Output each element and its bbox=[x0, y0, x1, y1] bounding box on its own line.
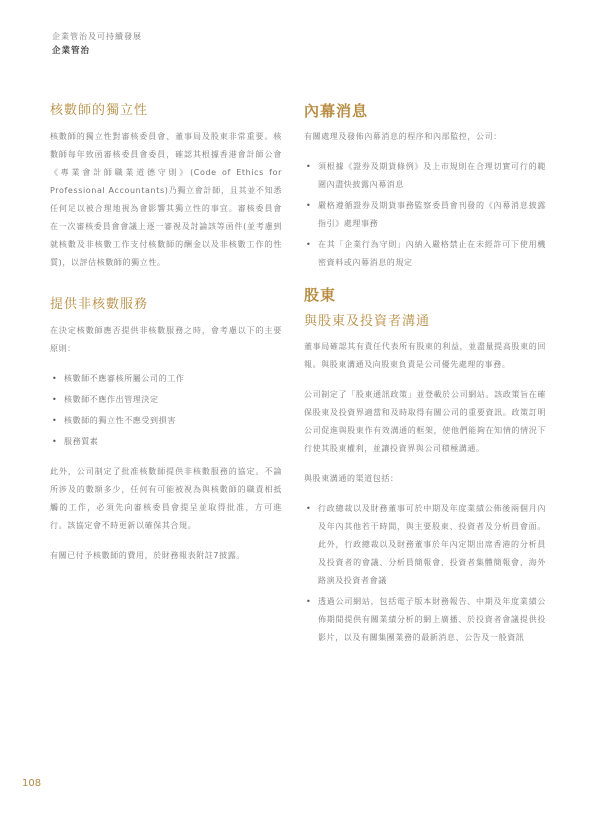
shareholders-paragraph-1: 董事局確認其有責任代表所有股東的利益，並盡量提高股東的回報。與股東溝通及向股東負… bbox=[304, 338, 546, 374]
inside-information-title: 內幕消息 bbox=[304, 100, 546, 122]
section-label: 企業管治及可持續發展 bbox=[52, 30, 142, 44]
auditor-independence-body: 核數師的獨立性對審核委員會、董事局及股東非常重要。核數師每年致函審核委員會委員，… bbox=[50, 128, 282, 272]
auditor-independence-title: 核數師的獨立性 bbox=[50, 100, 282, 122]
list-item: 行政總裁以及財務董事可於中期及年度業績公佈後兩個月內及年內其他若干時間，與主要股… bbox=[304, 500, 546, 590]
running-header: 企業管治及可持續發展 企業管治 bbox=[52, 30, 142, 58]
auditor-fees-paragraph: 有關已付予核數師的費用，於財務報表附註7披露。 bbox=[50, 547, 282, 565]
list-item: 透過公司網站，包括電子版本財務報告、中期及年度業績公佈期間提供有關業績分析的網上… bbox=[304, 593, 546, 647]
left-column: 核數師的獨立性 核數師的獨立性對審核委員會、董事局及股東非常重要。核數師每年致函… bbox=[50, 100, 282, 577]
non-audit-services-section: 提供非核數服務 在決定核數師應否提供非核數服務之時，會考慮以下的主要原則： 核數… bbox=[50, 294, 282, 565]
non-audit-services-title: 提供非核數服務 bbox=[50, 294, 282, 316]
shareholder-communication-subtitle: 與股東及投資者溝通 bbox=[304, 312, 546, 332]
auditor-independence-section: 核數師的獨立性 核數師的獨立性對審核委員會、董事局及股東非常重要。核數師每年致函… bbox=[50, 100, 282, 272]
non-audit-protocol-paragraph: 此外，公司制定了批准核數師提供非核數服務的協定。不論所涉及的數額多少，任何有可能… bbox=[50, 463, 282, 535]
inside-information-section: 內幕消息 有關處理及發佈內幕消息的程序和內部監控，公司： 須根據《證券及期貨條例… bbox=[304, 100, 546, 272]
list-item: 核數師不應作出管理決定 bbox=[50, 391, 282, 409]
list-item: 服務質素 bbox=[50, 433, 282, 451]
list-item: 核數師不應審核所屬公司的工作 bbox=[50, 370, 282, 388]
list-item: 在其「企業行為守則」內納入嚴格禁止在未經許可下使用機密資料或內幕消息的規定 bbox=[304, 236, 546, 272]
inside-information-intro: 有關處理及發佈內幕消息的程序和內部監控，公司： bbox=[304, 128, 546, 146]
list-item: 核數師的獨立性不應受到損害 bbox=[50, 412, 282, 430]
list-item: 嚴格遵循證券及期貨事務監察委員會刊發的《內幕消息披露指引》處理事務 bbox=[304, 197, 546, 233]
shareholders-section: 股東 與股東及投資者溝通 董事局確認其有責任代表所有股東的利益，並盡量提高股東的… bbox=[304, 284, 546, 647]
page-number: 108 bbox=[22, 778, 41, 789]
inside-information-list: 須根據《證券及期貨條例》及上市規則在合理切實可行的範圍內盡快披露內幕消息 嚴格遵… bbox=[304, 158, 546, 272]
subsection-label: 企業管治 bbox=[52, 44, 142, 58]
communication-channels-intro: 與股東溝通的渠道包括： bbox=[304, 470, 546, 488]
non-audit-services-intro: 在決定核數師應否提供非核數服務之時，會考慮以下的主要原則： bbox=[50, 322, 282, 358]
non-audit-principles-list: 核數師不應審核所屬公司的工作 核數師不應作出管理決定 核數師的獨立性不應受到損害… bbox=[50, 370, 282, 451]
shareholders-paragraph-2: 公司制定了「股東通訊政策」並登載於公司網站。該政策旨在確保股東及投資界適當和及時… bbox=[304, 386, 546, 458]
list-item: 須根據《證券及期貨條例》及上市規則在合理切實可行的範圍內盡快披露內幕消息 bbox=[304, 158, 546, 194]
shareholders-title: 股東 bbox=[304, 284, 546, 306]
right-column: 內幕消息 有關處理及發佈內幕消息的程序和內部監控，公司： 須根據《證券及期貨條例… bbox=[304, 100, 546, 659]
communication-channels-list: 行政總裁以及財務董事可於中期及年度業績公佈後兩個月內及年內其他若干時間，與主要股… bbox=[304, 500, 546, 647]
